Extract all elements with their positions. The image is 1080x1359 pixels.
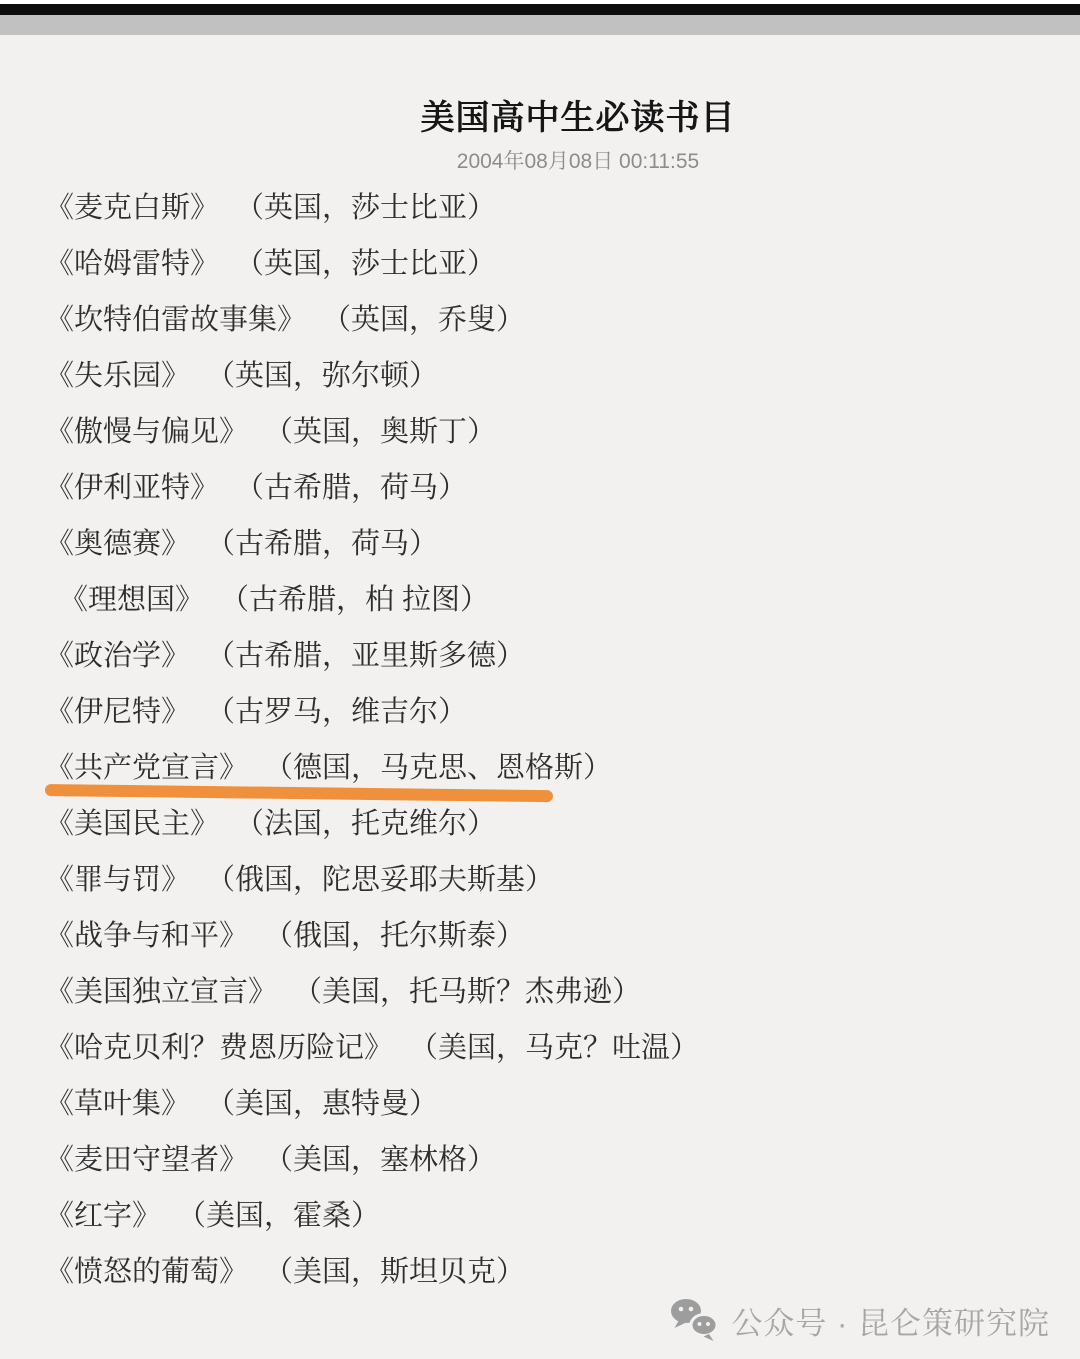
list-item: 《傲慢与偏见》（英国，奥斯丁） <box>45 401 1080 457</box>
book-title: 《美国民主》 <box>45 801 219 842</box>
book-title: 《草叶集》 <box>45 1081 190 1122</box>
book-title: 《愤怒的葡萄》 <box>45 1249 248 1290</box>
list-item: 《理想国》（古希腊，柏 拉图） <box>45 569 1080 625</box>
book-title: 《罪与罚》 <box>45 857 190 898</box>
book-title: 《傲慢与偏见》 <box>45 409 248 450</box>
book-origin: （俄国，托尔斯泰） <box>264 913 525 954</box>
book-origin: （古希腊，亚里斯多德） <box>206 633 525 674</box>
book-origin: （美国，托马斯？杰弗逊） <box>293 969 641 1010</box>
book-origin: （美国，惠特曼） <box>206 1081 438 1122</box>
book-origin: （英国，乔叟） <box>322 297 525 338</box>
book-title: 《伊利亚特》 <box>45 465 219 506</box>
book-title: 《哈克贝利？费恩历险记》 <box>45 1025 393 1066</box>
book-title: 《伊尼特》 <box>45 689 190 730</box>
top-gray-bar <box>0 15 1080 35</box>
watermark-label: 公众号 · 昆仑策研究院 <box>731 1298 1050 1343</box>
book-origin: （法国，托克维尔） <box>235 801 496 842</box>
reading-list: 《麦克白斯》（英国，莎士比亚） 《哈姆雷特》（英国，莎士比亚） 《坎特伯雷故事集… <box>0 177 1080 1297</box>
book-origin: （古罗马，维吉尔） <box>206 689 467 730</box>
article-header: 美国高中生必读书目 2004年08月08日 00:11:55 <box>38 99 1080 174</box>
book-title: 《麦田守望者》 <box>45 1137 248 1178</box>
article-screenshot: 美国高中生必读书目 2004年08月08日 00:11:55 《麦克白斯》（英国… <box>0 0 1080 1359</box>
list-item: 《麦克白斯》（英国，莎士比亚） <box>45 177 1080 233</box>
list-item: 《红字》（美国，霍桑） <box>45 1185 1080 1241</box>
book-title: 《坎特伯雷故事集》 <box>45 297 306 338</box>
book-title: 《共产党宣言》 <box>45 745 248 786</box>
book-origin: （古希腊，荷马） <box>235 465 467 506</box>
list-item: 《伊利亚特》（古希腊，荷马） <box>45 457 1080 513</box>
list-item: 《伊尼特》（古罗马，维吉尔） <box>45 681 1080 737</box>
watermark: 公众号 · 昆仑策研究院 <box>669 1297 1050 1343</box>
list-item: 《共产党宣言》（德国，马克思、恩格斯） <box>45 737 1080 793</box>
book-title: 《红字》 <box>45 1193 161 1234</box>
book-title: 《麦克白斯》 <box>45 185 219 226</box>
book-origin: （美国，斯坦贝克） <box>264 1249 525 1290</box>
book-title: 《美国独立宣言》 <box>45 969 277 1010</box>
book-origin: （古希腊，柏 拉图） <box>220 577 489 618</box>
article-date: 2004年08月08日 00:11:55 <box>38 150 1080 174</box>
list-item: 《哈克贝利？费恩历险记》（美国，马克？吐温） <box>45 1017 1080 1073</box>
book-origin: （德国，马克思、恩格斯） <box>264 745 612 786</box>
list-item: 《坎特伯雷故事集》（英国，乔叟） <box>45 289 1080 345</box>
book-title: 《哈姆雷特》 <box>45 241 219 282</box>
book-origin: （英国，莎士比亚） <box>235 185 496 226</box>
book-title: 《政治学》 <box>45 633 190 674</box>
book-origin: （俄国，陀思妥耶夫斯基） <box>206 857 554 898</box>
list-item: 《失乐园》（英国，弥尔顿） <box>45 345 1080 401</box>
list-item: 《愤怒的葡萄》（美国，斯坦贝克） <box>45 1241 1080 1297</box>
list-item: 《麦田守望者》（美国，塞林格） <box>45 1129 1080 1185</box>
list-item: 《罪与罚》（俄国，陀思妥耶夫斯基） <box>45 849 1080 905</box>
page-title: 美国高中生必读书目 <box>38 99 1080 138</box>
list-item: 《政治学》（古希腊，亚里斯多德） <box>45 625 1080 681</box>
list-item: 《奥德赛》（古希腊，荷马） <box>45 513 1080 569</box>
book-title: 《奥德赛》 <box>45 521 190 562</box>
book-title: 《失乐园》 <box>45 353 190 394</box>
list-item: 《草叶集》（美国，惠特曼） <box>45 1073 1080 1129</box>
book-title: 《理想国》 <box>59 577 204 618</box>
book-origin: （英国，弥尔顿） <box>206 353 438 394</box>
book-origin: （古希腊，荷马） <box>206 521 438 562</box>
book-origin: （美国，霍桑） <box>177 1193 380 1234</box>
book-title: 《战争与和平》 <box>45 913 248 954</box>
book-origin: （英国，莎士比亚） <box>235 241 496 282</box>
wechat-icon <box>669 1297 721 1343</box>
list-item: 《美国独立宣言》（美国，托马斯？杰弗逊） <box>45 961 1080 1017</box>
top-black-bar <box>0 4 1080 15</box>
list-item: 《美国民主》（法国，托克维尔） <box>45 793 1080 849</box>
book-origin: （美国，马克？吐温） <box>409 1025 699 1066</box>
book-origin: （美国，塞林格） <box>264 1137 496 1178</box>
list-item: 《战争与和平》（俄国，托尔斯泰） <box>45 905 1080 961</box>
list-item: 《哈姆雷特》（英国，莎士比亚） <box>45 233 1080 289</box>
book-origin: （英国，奥斯丁） <box>264 409 496 450</box>
